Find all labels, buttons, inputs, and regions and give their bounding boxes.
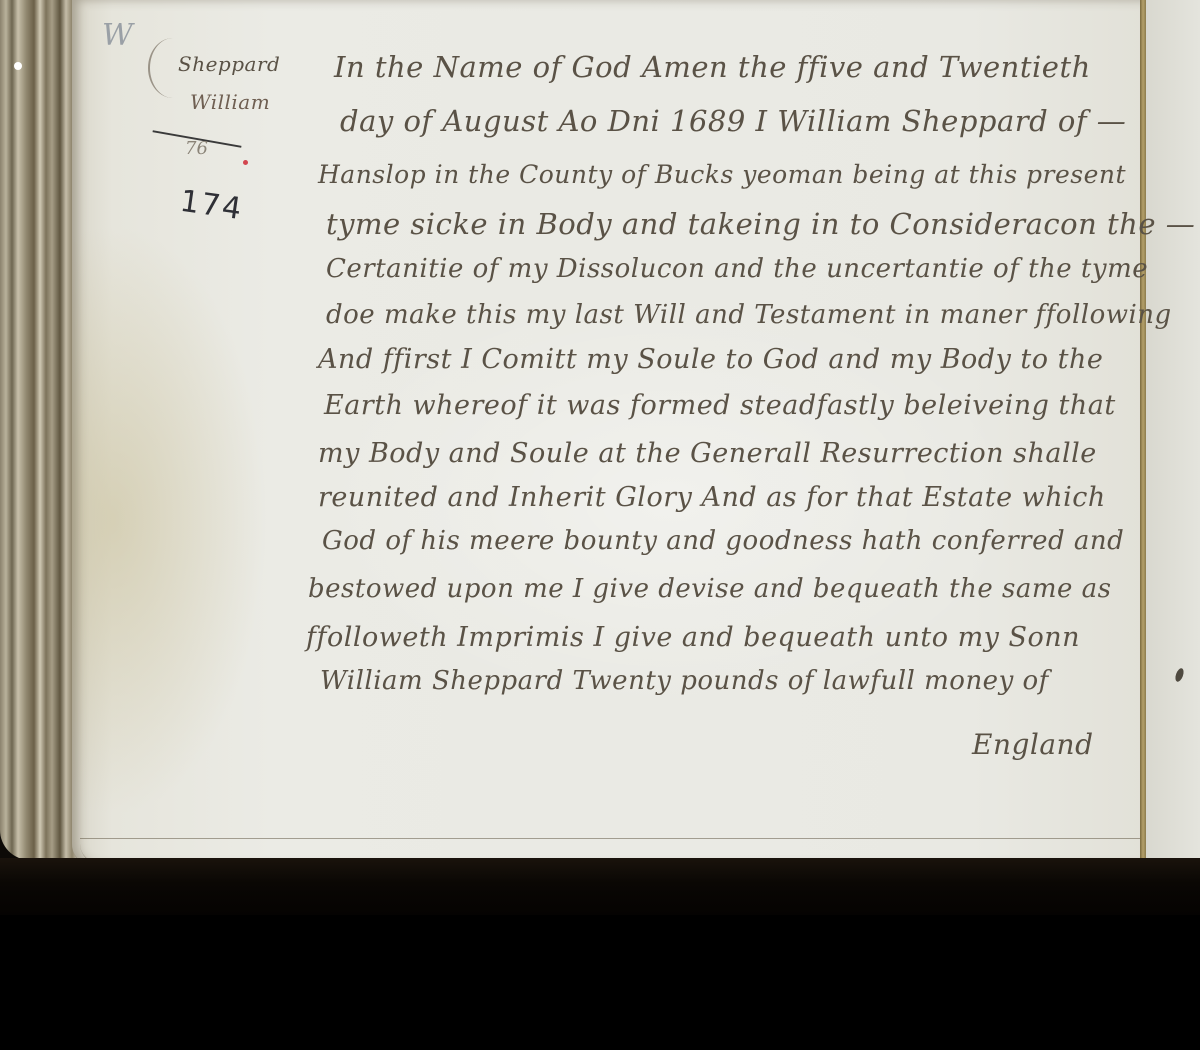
text-line: my Body and Soule at the Generall Resurr… (318, 438, 1097, 469)
struck-old-folio: 76 (185, 138, 208, 159)
text-line: In the Name of God Amen the ffive and Tw… (334, 50, 1091, 84)
text-line: reunited and Inherit Glory And as for th… (318, 482, 1106, 513)
text-line: day of August Ao Dni 1689 I William Shep… (340, 104, 1126, 138)
text-line: doe make this my last Will and Testament… (326, 300, 1172, 330)
book-binding-edge (0, 0, 80, 860)
text-line: Hanslop in the County of Bucks yeoman be… (318, 160, 1126, 189)
text-line: bestowed upon me I give devise and beque… (308, 574, 1112, 604)
paper-speck (1174, 667, 1185, 683)
text-line: Earth whereof it was formed steadfastly … (324, 390, 1116, 421)
manuscript-photo: W Sheppard William 76 174 In the Name of… (0, 0, 1200, 915)
red-tick-mark (243, 160, 248, 165)
text-line: And ffirst I Comitt my Soule to God and … (318, 344, 1103, 375)
table-shadow (0, 858, 1200, 915)
pencil-annotation: W (102, 18, 133, 53)
margin-forename: William (190, 90, 270, 114)
text-line: tyme sicke in Body and takeing in to Con… (326, 207, 1195, 241)
margin-surname: Sheppard (178, 52, 280, 76)
image-viewer: W Sheppard William 76 174 In the Name of… (0, 0, 1200, 1050)
cursor-dot-icon (14, 62, 22, 70)
closing-word: England (972, 728, 1094, 761)
next-page-edge (1146, 0, 1200, 865)
text-line: God of his meere bounty and goodness hat… (322, 526, 1124, 556)
text-line: ffolloweth Imprimis I give and bequeath … (306, 622, 1080, 653)
text-line: William Sheppard Twenty pounds of lawful… (320, 666, 1049, 696)
text-line: Certanitie of my Dissolucon and the unce… (326, 254, 1148, 284)
